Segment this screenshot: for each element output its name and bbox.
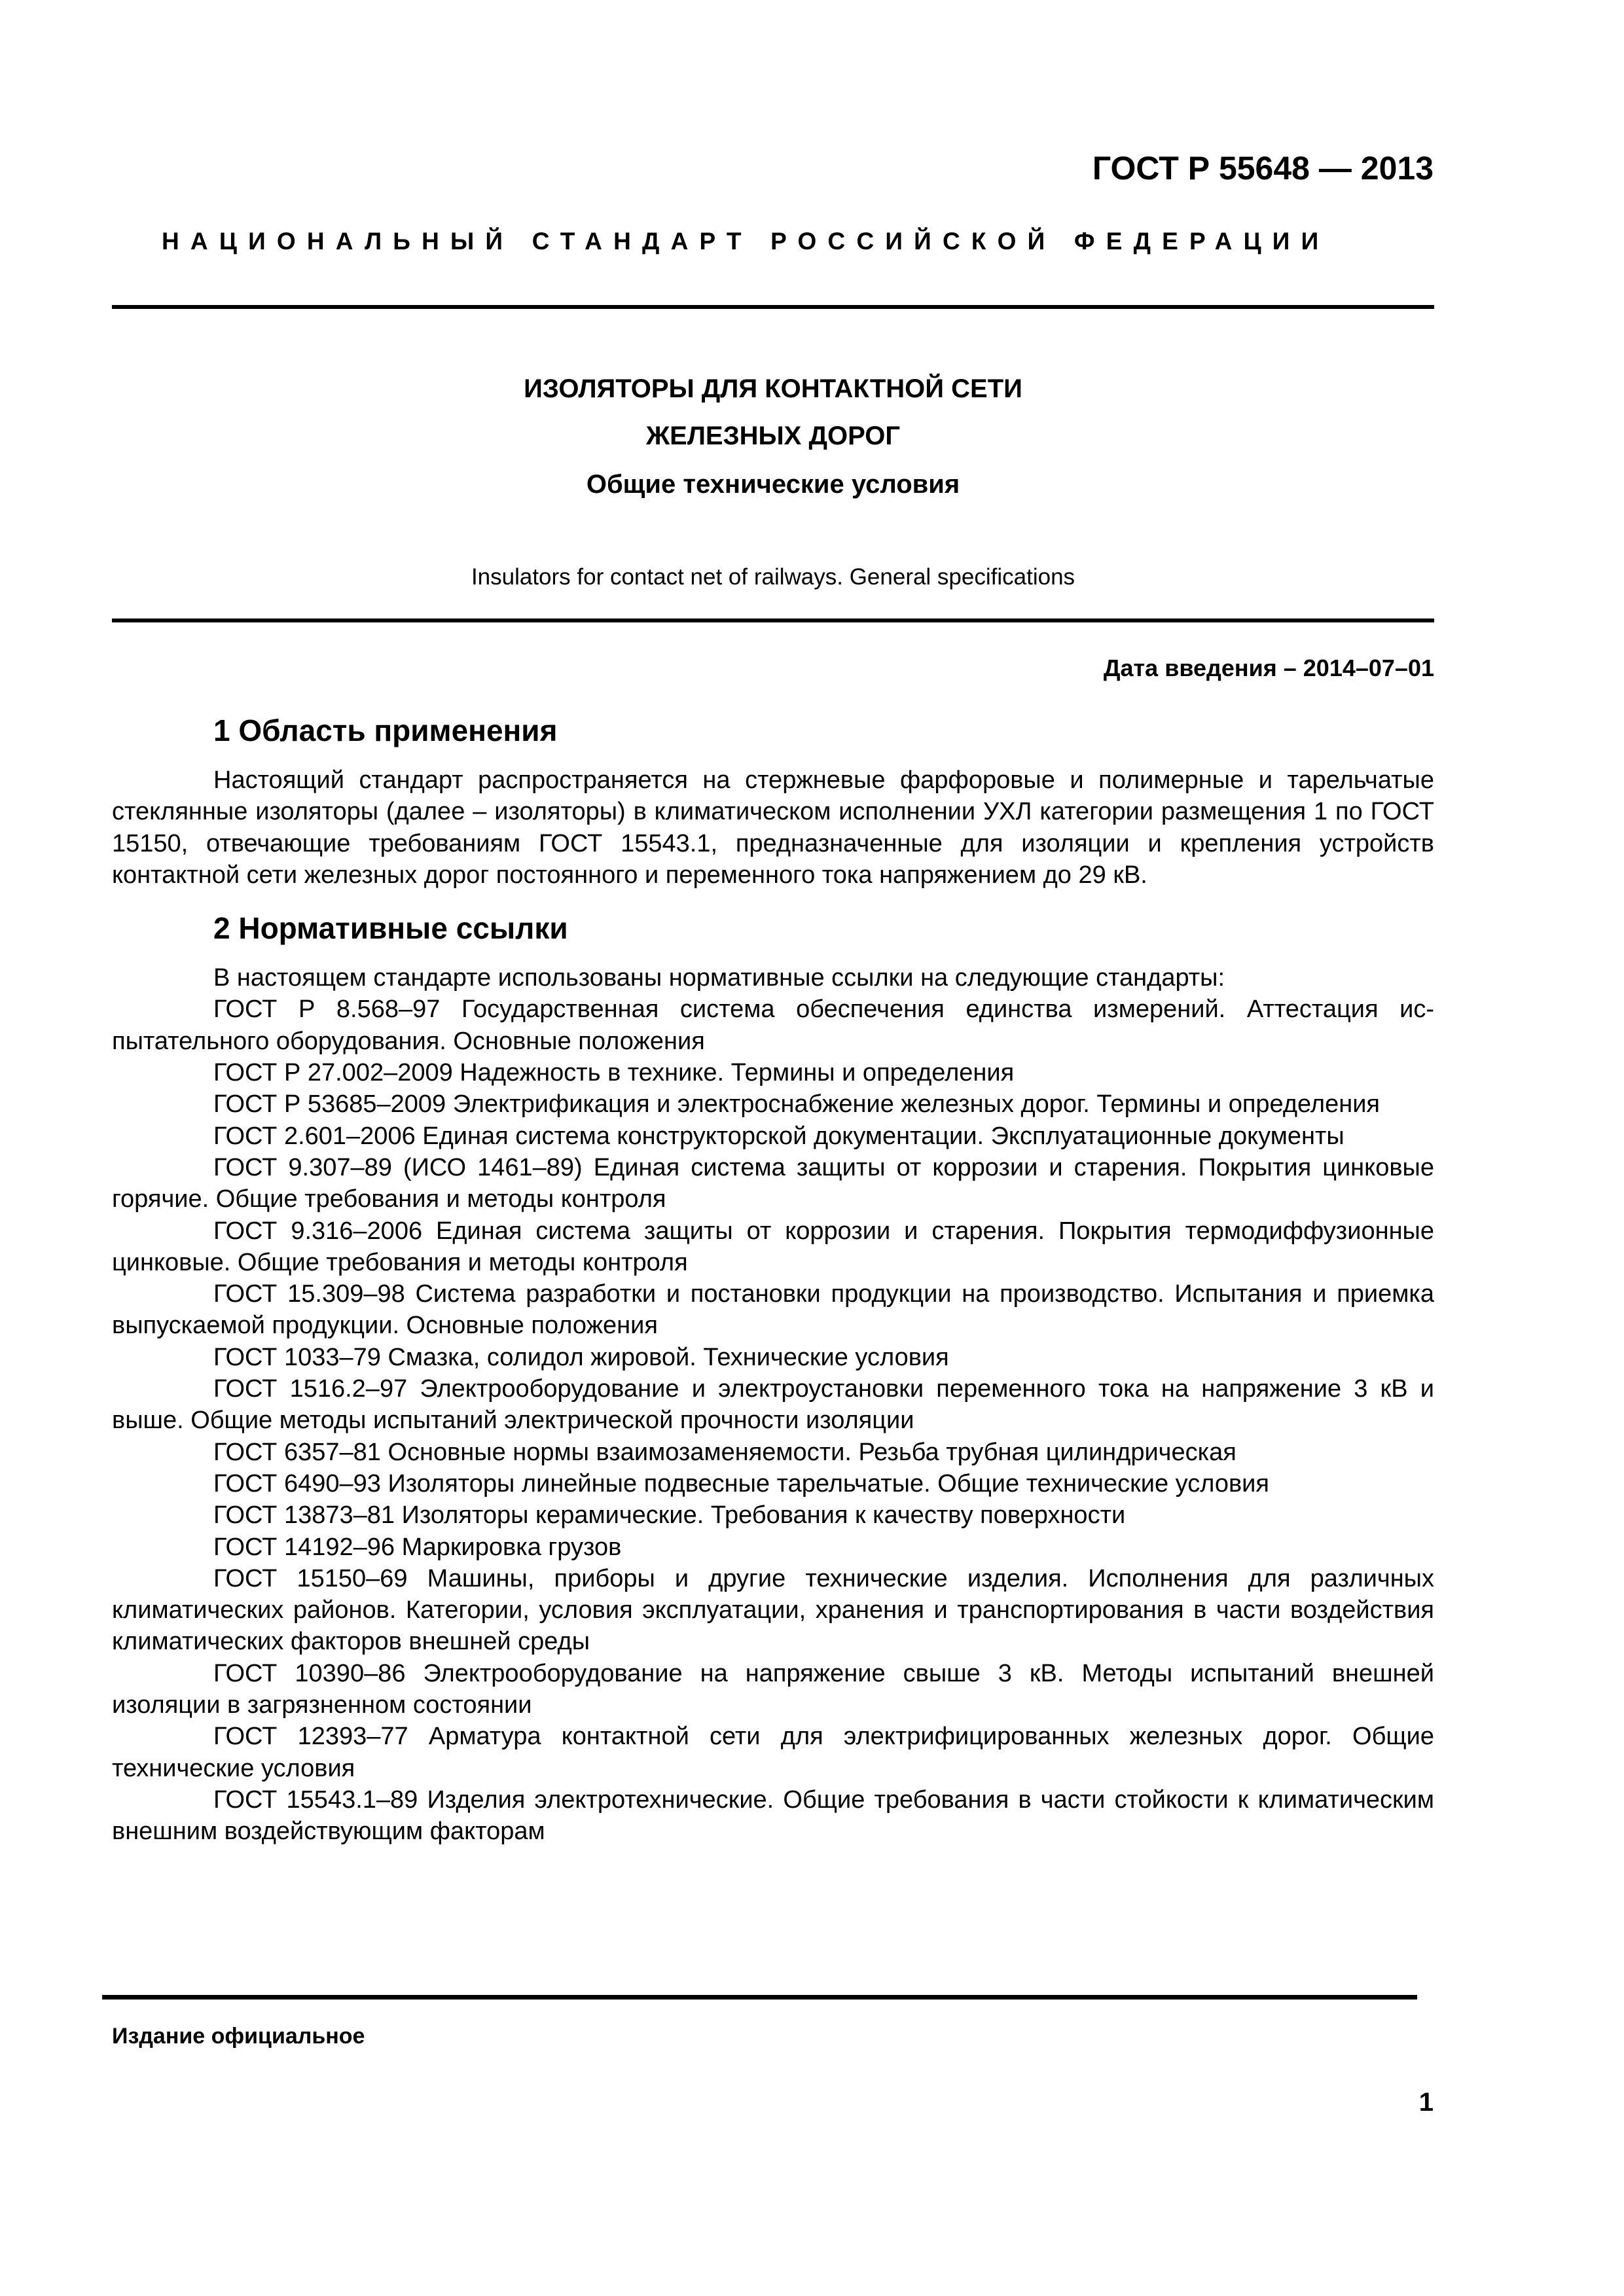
section-heading-references: 2 Нормативные ссылки <box>112 908 1434 948</box>
reference-item: ГОСТ 12393–77 Арматура контактной сети д… <box>112 1721 1434 1784</box>
document-subtitle: Общие технические условия <box>112 470 1434 499</box>
section-heading-scope: 1 Область применения <box>112 711 1434 750</box>
reference-item: ГОСТ 9.307–89 (ИСО 1461–89) Единая систе… <box>112 1152 1434 1215</box>
reference-item: ГОСТ 2.601–2006 Единая система конструкт… <box>112 1121 1434 1152</box>
reference-item: ГОСТ Р 53685–2009 Электрификация и элект… <box>112 1088 1434 1120</box>
reference-item: ГОСТ 9.316–2006 Единая система защиты от… <box>112 1215 1434 1279</box>
reference-item: ГОСТ 15.309–98 Система разработки и пост… <box>112 1278 1434 1342</box>
reference-item: ГОСТ 14192–96 Маркировка грузов <box>112 1532 1434 1563</box>
reference-item: ГОСТ 10390–86 Электрооборудование на нап… <box>112 1658 1434 1721</box>
reference-list: ГОСТ Р 8.568–97 Государственная система … <box>112 994 1434 1847</box>
reference-item: ГОСТ Р 8.568–97 Государственная система … <box>112 994 1434 1057</box>
reference-item: ГОСТ Р 27.002–2009 Надежность в технике.… <box>112 1057 1434 1088</box>
reference-item: ГОСТ 15543.1–89 Изделия электротехническ… <box>112 1784 1434 1848</box>
document-body: 1 Область применения Настоящий стандарт … <box>112 707 1434 1848</box>
reference-item: ГОСТ 1516.2–97 Электрооборудование и эле… <box>112 1373 1434 1437</box>
reference-item: ГОСТ 13873–81 Изоляторы керамические. Тр… <box>112 1499 1434 1531</box>
official-edition-label: Издание официальное <box>112 2024 365 2049</box>
english-title: Insulators for contact net of railways. … <box>112 564 1434 590</box>
gost-number: ГОСТ Р 55648 — 2013 <box>1092 149 1434 187</box>
document-title-line-2: ЖЕЛЕЗНЫХ ДОРОГ <box>112 422 1434 451</box>
header-divider <box>112 305 1434 309</box>
reference-item: ГОСТ 1033–79 Смазка, солидол жировой. Те… <box>112 1342 1434 1373</box>
document-page: ГОСТ Р 55648 — 2013 НАЦИОНАЛЬНЫЙ СТАНДАР… <box>0 0 1624 2296</box>
title-divider <box>112 619 1434 622</box>
references-intro: В настоящем стандарте использованы норма… <box>112 962 1434 994</box>
footer-divider <box>102 1995 1417 2000</box>
page-number: 1 <box>1419 2088 1434 2117</box>
national-standard-banner: НАЦИОНАЛЬНЫЙ СТАНДАРТ РОССИЙСКОЙ ФЕДЕРАЦ… <box>162 228 1329 255</box>
reference-item: ГОСТ 15150–69 Машины, приборы и другие т… <box>112 1563 1434 1658</box>
document-title-line-1: ИЗОЛЯТОРЫ ДЛЯ КОНТАКТНОЙ СЕТИ <box>112 374 1434 404</box>
introduction-date: Дата введения – 2014–07–01 <box>1104 655 1434 682</box>
reference-item: ГОСТ 6357–81 Основные нормы взаимозаменя… <box>112 1437 1434 1468</box>
scope-paragraph: Настоящий стандарт распространяется на с… <box>112 764 1434 891</box>
reference-item: ГОСТ 6490–93 Изоляторы линейные подвесны… <box>112 1468 1434 1499</box>
